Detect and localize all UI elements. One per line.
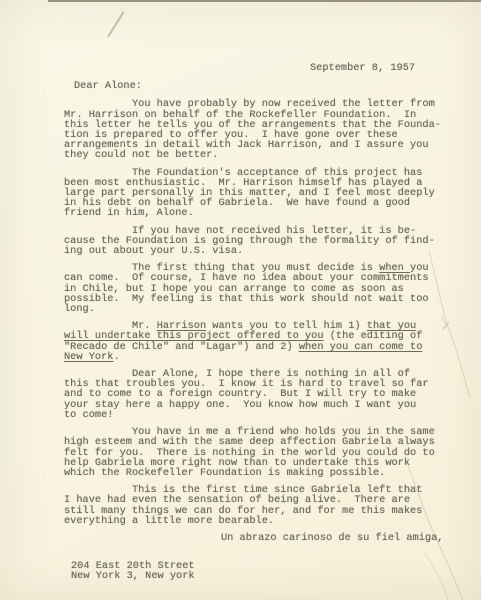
address-line-city: New York 3, New york <box>71 571 463 581</box>
paragraph: This is the first time since Gabriela le… <box>64 485 463 526</box>
paragraph: You have in me a friend who holds you in… <box>64 427 463 478</box>
letter-line: your stay here a happy one. You know how… <box>64 400 463 410</box>
letter-line: possible. My feeling is that this work s… <box>64 294 463 304</box>
paragraph: The Foundation's acceptance of this proj… <box>64 168 463 219</box>
sender-address: 204 East 20th Street New York 3, New yor… <box>71 561 463 581</box>
letter-line: New York. <box>64 352 463 362</box>
paragraph: You have probably by now received the le… <box>64 99 463 160</box>
letter-page: September 8, 1957 Dear Alone: You have p… <box>0 0 481 600</box>
letter-line: to come! <box>64 410 463 420</box>
paragraph: If you have not received his letter, it … <box>64 226 463 257</box>
letter-line: they could not be better. <box>64 150 463 160</box>
closing-line: Un abrazo carinoso de su fiel amiga, <box>221 533 463 543</box>
letter-line: "Recado de Chile" and "Lagar") and 2) wh… <box>64 342 463 352</box>
letter-line: everything a little more bearable. <box>64 516 463 526</box>
paragraph: Dear Alone, I hope there is nothing in a… <box>64 369 463 420</box>
paragraph: Mr. Harrison wants you to tell him 1) th… <box>64 321 463 362</box>
letter-line: ing out about your U.S. visa. <box>64 246 463 256</box>
letter-line: long. <box>64 304 463 314</box>
letter-line: friend in him, Alone. <box>64 208 463 218</box>
letter-date: September 8, 1957 <box>310 63 463 73</box>
letter-paragraphs: You have probably by now received the le… <box>64 99 463 526</box>
letter-line: which the Rockefeller Foundation is maki… <box>64 468 463 478</box>
paragraph: The first thing that you must decide is … <box>64 263 463 314</box>
salutation: Dear Alone: <box>74 81 463 91</box>
letter-text: September 8, 1957 Dear Alone: You have p… <box>64 63 463 582</box>
